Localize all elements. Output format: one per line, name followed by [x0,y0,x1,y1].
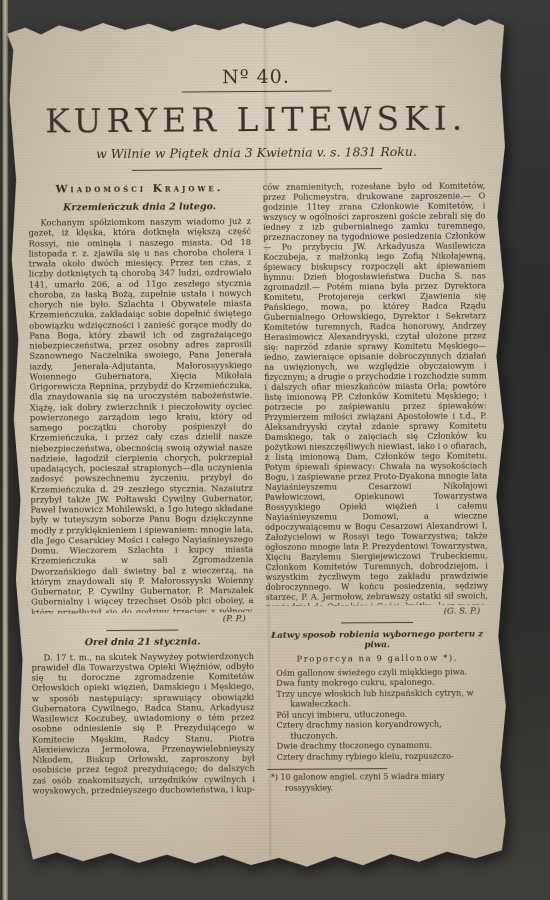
recipe-title: Łatwy sposob robienia wybornego porteru … [266,629,489,651]
section-heading: Wiadomości Krajowe. [28,182,251,196]
masthead-rule-top [181,90,331,92]
paper-wrapper: Nº 40. KURYER LITEWSKI. w Wilnie w Piąte… [7,16,510,869]
newspaper-page: Nº 40. KURYER LITEWSKI. w Wilnie w Piąte… [7,16,510,869]
article1-heading: Krzemieńczuk dnia 2 lutego. [28,201,251,214]
article2-heading: Oreł dnia 21 stycznia. [31,636,254,649]
dateline: w Wilnie w Piątek dnia 3 Kwietnia v. s. … [28,143,485,161]
newspaper-title: KURYER LITEWSKI. [28,98,485,140]
masthead-rule-bottom [132,168,382,171]
left-column: Wiadomości Krajowe. Krzemieńczuk dnia 2 … [28,182,255,796]
recipe-line: Cztery drachmy nasion koryandrowych, tłu… [276,719,489,741]
footnote-rule [267,768,387,770]
masthead: Nº 40. KURYER LITEWSKI. w Wilnie w Piąte… [27,64,485,171]
article2-body: D. 17 t. m., na skutek Naywyżey potwierd… [31,651,254,796]
columns: Wiadomości Krajowe. Krzemieńczuk dnia 2 … [28,180,489,795]
article-divider [107,629,179,631]
scan-background: { "masthead": { "issue_number": "Nº 40."… [0,0,550,900]
continuation-signature: (G. S. P.) [266,606,489,618]
recipe-line: Cztery drachmy rybiego kleiu, rozpuszczo… [277,750,490,762]
article1-body: Kochanym spółziomkom naszym wiadomo już … [28,216,253,613]
recipe-line: Trzy uncye włoskich lub hiszpańskich cyt… [276,687,489,709]
recipe-line: Ośm gallonow świeżego czyli miękkiego pi… [276,666,489,678]
section-divider [341,622,413,624]
footnote: *) 10 galonow angiel. czyni 5 wiadra mia… [271,772,490,794]
right-column: ców znamienitych, rozesłane było od Komi… [263,180,490,794]
issue-number: Nº 40. [27,64,484,89]
article1-signature: (P. P.) [31,614,254,626]
continuation-body: ców znamienitych, rozesłane było od Komi… [263,180,488,605]
recipe-subtitle: Proporcya na 9 gallonow *). [266,652,489,664]
recipe-section: Łatwy sposob robienia wybornego porteru … [266,629,490,794]
